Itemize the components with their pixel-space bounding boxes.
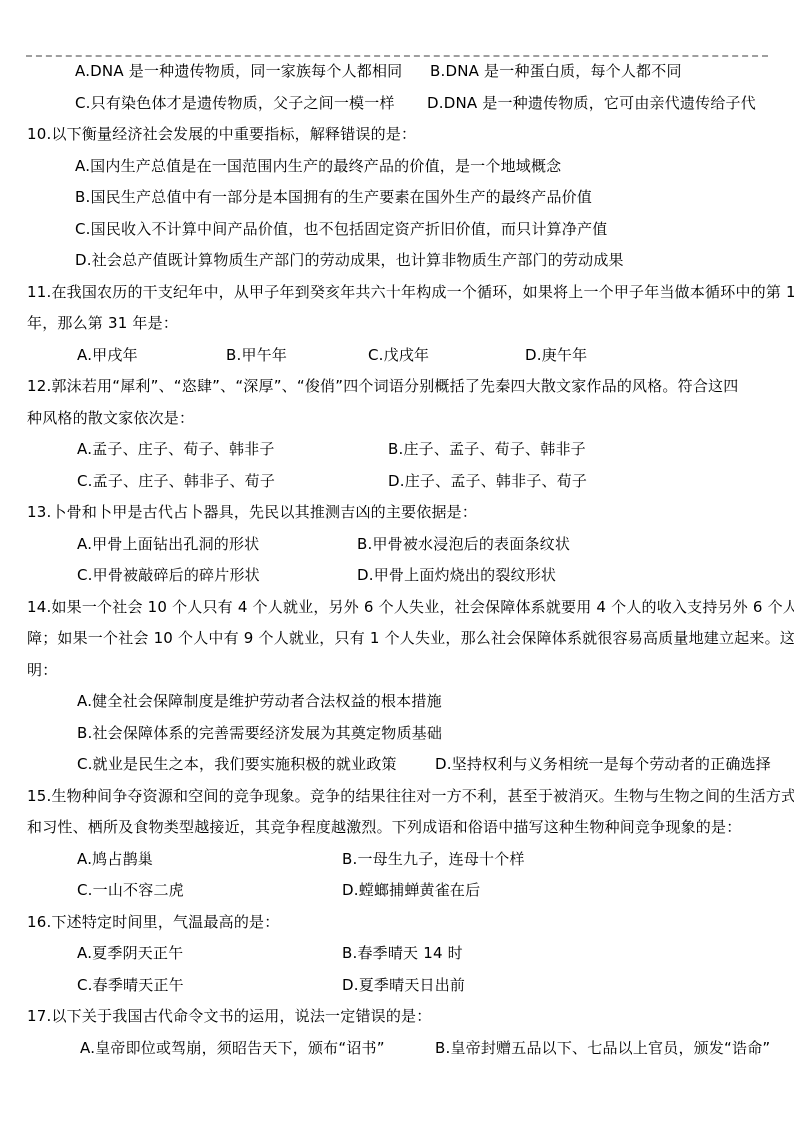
q12-stem-line2: 种风格的散文家依次是：	[27, 410, 194, 427]
q12-option-c: C.孟子、庄子、韩非子、荀子	[77, 473, 275, 490]
q11-option-d: D.庚午年	[525, 347, 587, 364]
q10-option-d: D.社会总产值既计算物质生产部门的劳动成果，也计算非物质生产部门的劳动成果	[75, 252, 624, 269]
q9-option-b: B.DNA 是一种蛋白质，每个人都不同	[430, 63, 682, 80]
q14-stem-line3: 明：	[27, 662, 57, 679]
q16-option-c: C.春季晴天正午	[77, 977, 184, 994]
q12-stem-line1: 12.郭沫若用“犀利”、“恣肆”、“深厚”、“俊俏”四个词语分别概括了先秦四大散…	[27, 378, 738, 395]
q17-stem: 17.以下关于我国古代命令文书的运用，说法一定错误的是：	[27, 1008, 431, 1025]
q10-stem: 10.以下衡量经济社会发展的中重要指标，解释错误的是：	[27, 126, 416, 143]
q16-option-d: D.夏季晴天日出前	[342, 977, 465, 994]
q13-stem: 13.卜骨和卜甲是古代占卜器具，先民以其推测吉凶的主要依据是：	[27, 504, 477, 521]
q14-stem-line2: 障；如果一个社会 10 个人中有 9 个人就业，只有 1 个人失业，那么社会保障…	[27, 630, 794, 647]
q14-stem-line1: 14.如果一个社会 10 个人只有 4 个人就业，另外 6 个人失业，社会保障体…	[27, 599, 794, 616]
q9-option-a: A.DNA 是一种遗传物质，同一家族每个人都相同	[75, 63, 402, 80]
q9-option-d: D.DNA 是一种遗传物质，它可由亲代遗传给子代	[427, 95, 756, 112]
q16-option-a: A.夏季阴天正午	[77, 945, 183, 962]
q9-option-c: C.只有染色体才是遗传物质，父子之间一模一样	[75, 95, 395, 112]
q12-option-b: B.庄子、孟子、荀子、韩非子	[388, 441, 586, 458]
q12-option-a: A.孟子、庄子、荀子、韩非子	[77, 441, 275, 458]
q11-stem-line2: 年，那么第 31 年是：	[27, 315, 178, 332]
q17-option-b: B.皇帝封赠五品以下、七品以上官员，颁发“诰命”	[435, 1040, 770, 1057]
q11-option-a: A.甲戌年	[77, 347, 138, 364]
q13-option-c: C.甲骨被敲碎后的碎片形状	[77, 567, 260, 584]
q13-option-b: B.甲骨被水浸泡后的表面条纹状	[357, 536, 570, 553]
q14-option-b: B.社会保障体系的完善需要经济发展为其奠定物质基础	[77, 725, 442, 742]
q17-option-a: A.皇帝即位或驾崩，须昭告天下，颁布“诏书”	[80, 1040, 385, 1057]
page-break-dashed-line	[26, 55, 768, 57]
document-page: A.DNA 是一种遗传物质，同一家族每个人都相同 B.DNA 是一种蛋白质，每个…	[0, 0, 794, 1123]
q14-option-c: C.就业是民生之本，我们要实施积极的就业政策	[77, 756, 397, 773]
q11-option-b: B.甲午年	[226, 347, 287, 364]
q15-option-c: C.一山不容二虎	[77, 882, 184, 899]
q15-option-b: B.一母生九子，连母十个样	[342, 851, 525, 868]
q13-option-d: D.甲骨上面灼烧出的裂纹形状	[357, 567, 556, 584]
q15-option-d: D.螳螂捕蝉黄雀在后	[342, 882, 480, 899]
q10-option-b: B.国民生产总值中有一部分是本国拥有的生产要素在国外生产的最终产品价值	[75, 189, 592, 206]
q15-stem-line2: 和习性、栖所及食物类型越接近，其竞争程度越激烈。下列成语和俗语中描写这种生物种间…	[27, 819, 741, 836]
q16-stem: 16.下述特定时间里，气温最高的是：	[27, 914, 279, 931]
q14-option-a: A.健全社会保障制度是维护劳动者合法权益的根本措施	[77, 693, 442, 710]
q15-stem-line1: 15.生物种间争夺资源和空间的竞争现象。竞争的结果往往对一方不利，甚至于被消灭。…	[27, 788, 794, 805]
q15-option-a: A.鸠占鹊巢	[77, 851, 153, 868]
q11-stem-line1: 11.在我国农历的干支纪年中，从甲子年到癸亥年共六十年构成一个循环，如果将上一个…	[27, 284, 794, 301]
q12-option-d: D.庄子、孟子、韩非子、荀子	[388, 473, 587, 490]
q14-option-d: D.坚持权利与义务相统一是每个劳动者的正确选择	[435, 756, 771, 773]
q13-option-a: A.甲骨上面钻出孔洞的形状	[77, 536, 259, 553]
q16-option-b: B.春季晴天 14 时	[342, 945, 463, 962]
q10-option-c: C.国民收入不计算中间产品价值，也不包括固定资产折旧价值，而只计算净产值	[75, 221, 607, 238]
q10-option-a: A.国内生产总值是在一国范围内生产的最终产品的价值，是一个地域概念	[75, 158, 561, 175]
q11-option-c: C.戊戌年	[368, 347, 429, 364]
